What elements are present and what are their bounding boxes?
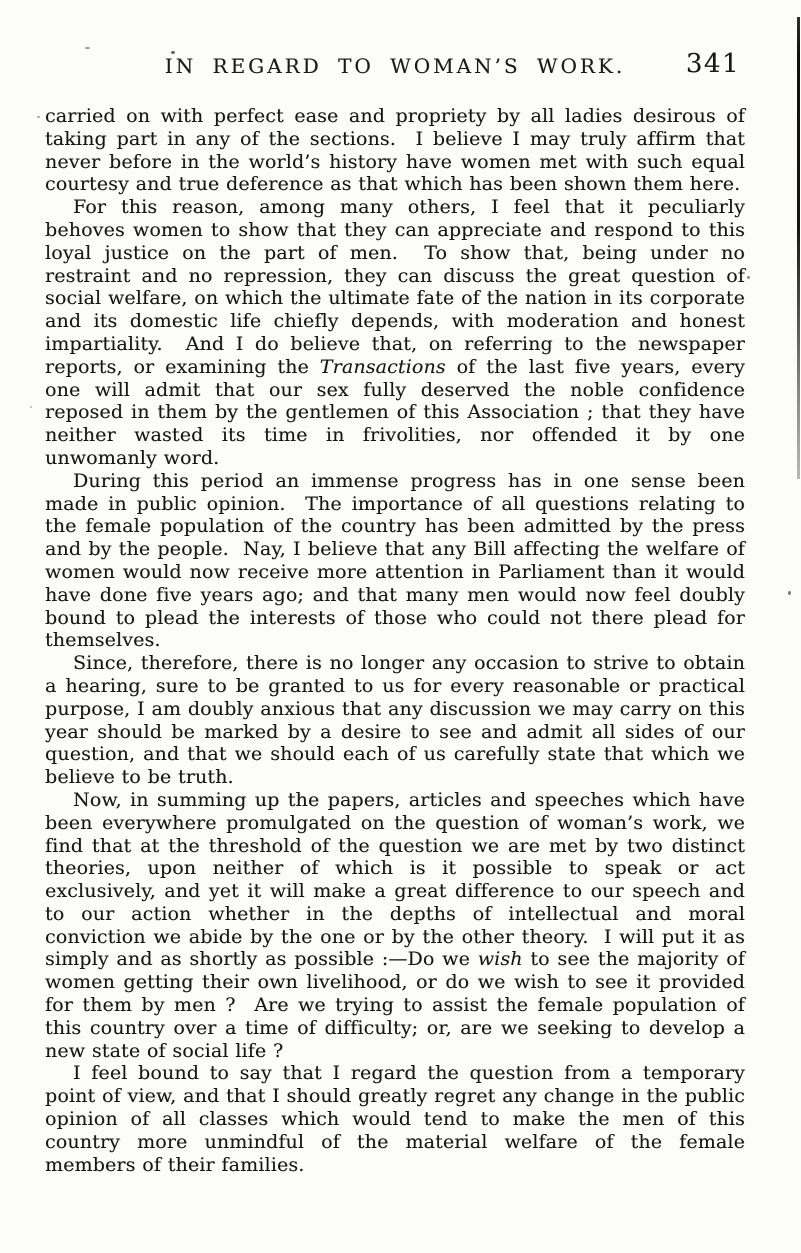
italic-text-segment: Transactions — [320, 356, 446, 378]
page-number: 341 — [686, 49, 740, 79]
scan-speck-artifact — [85, 47, 90, 49]
running-title: IN REGARD TO WOMAN’S WORK. — [45, 54, 745, 78]
scan-speck-artifact — [747, 276, 750, 279]
paragraph: For this reason, among many others, I fe… — [45, 196, 745, 470]
scan-edge-artifact — [797, 17, 800, 479]
text-segment: I feel bound to say that I regard the qu… — [45, 1062, 745, 1175]
paragraph: During this period an immense progress h… — [45, 470, 745, 652]
text-segment: Now, in summing up the papers, articles … — [45, 789, 745, 971]
scan-speck-artifact — [37, 116, 40, 118]
scan-speck-artifact — [788, 591, 791, 595]
text-segment: During this period an immense progress h… — [45, 470, 745, 652]
scan-speck-artifact — [30, 406, 32, 408]
page-header: IN REGARD TO WOMAN’S WORK. 341 — [45, 54, 745, 88]
italic-text-segment: wish — [478, 948, 523, 970]
paragraph: Since, therefore, there is no longer any… — [45, 652, 745, 789]
text-segment: For this reason, among many others, I fe… — [45, 196, 745, 378]
text-segment: carried on with perfect ease and proprie… — [45, 105, 745, 195]
paragraph: Now, in summing up the papers, articles … — [45, 789, 745, 1063]
text-segment: Since, therefore, there is no longer any… — [45, 652, 745, 788]
paragraph: carried on with perfect ease and proprie… — [45, 105, 745, 196]
book-page: IN REGARD TO WOMAN’S WORK. 341 carried o… — [0, 0, 801, 1253]
body-text: carried on with perfect ease and proprie… — [45, 105, 745, 1176]
paragraph: I feel bound to say that I regard the qu… — [45, 1062, 745, 1176]
scan-speck-artifact — [171, 51, 175, 54]
